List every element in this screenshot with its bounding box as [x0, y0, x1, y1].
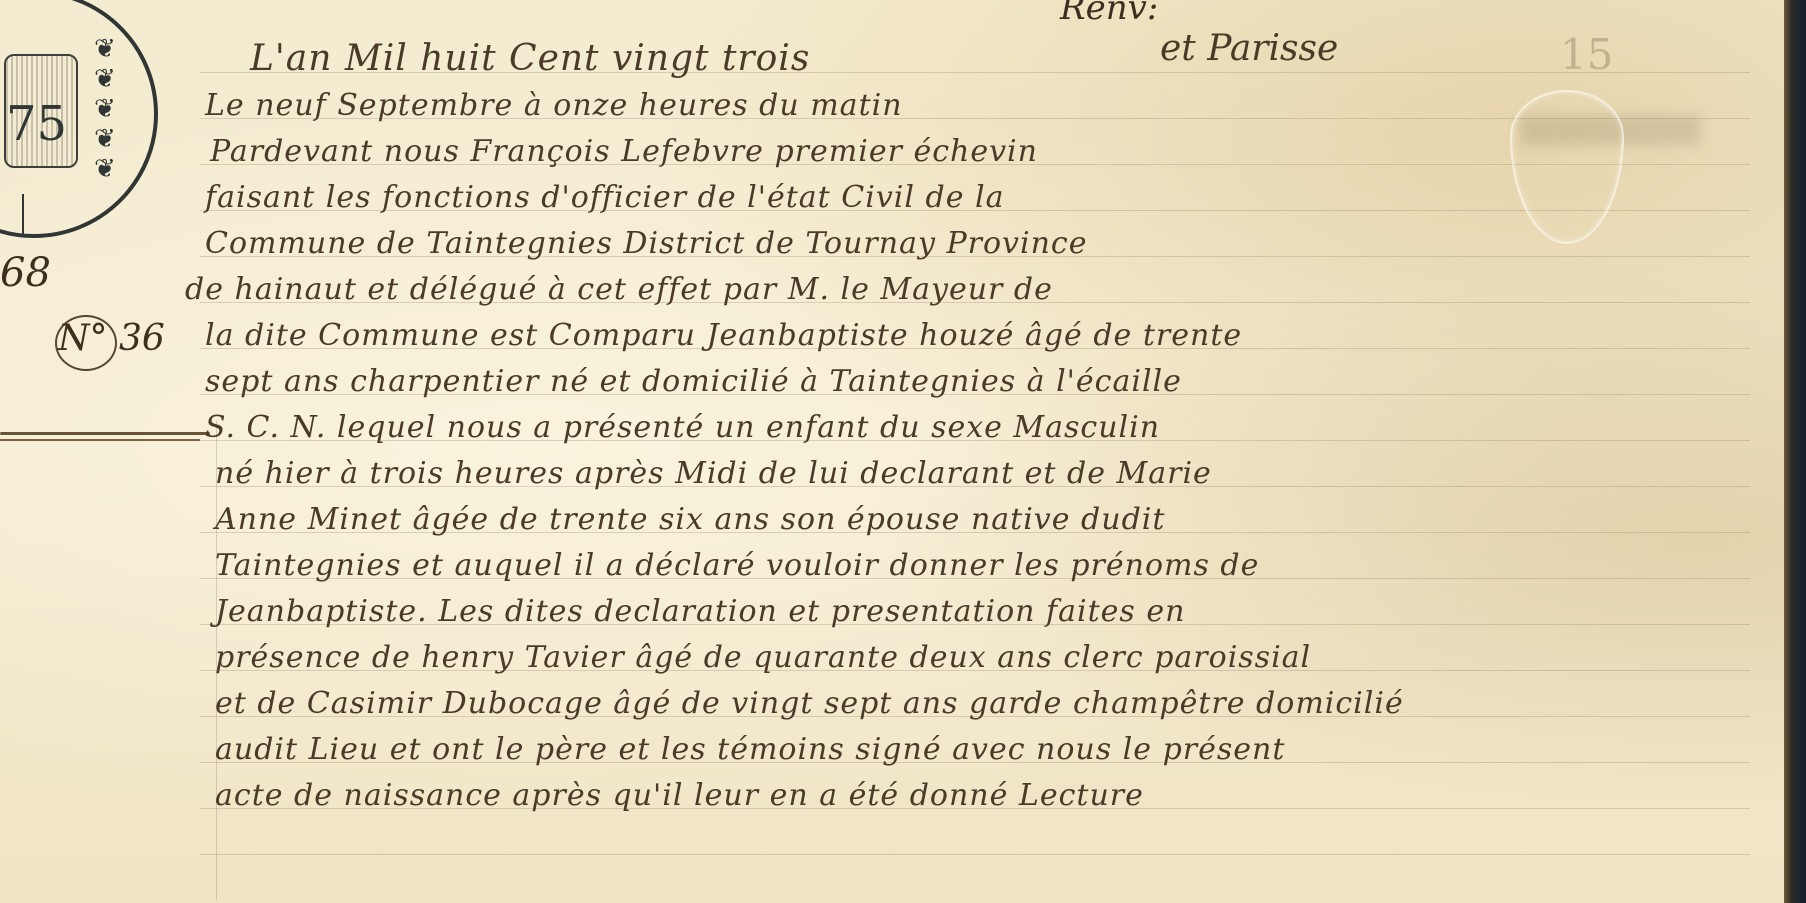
text-line: S. C. N. lequel nous a présenté un enfan… — [205, 410, 1160, 445]
watermark-number: 15 — [1560, 30, 1613, 79]
text-line: né hier à trois heures après Midi de lui… — [215, 456, 1212, 491]
book-binding-edge — [1784, 0, 1806, 903]
margin-separator-line — [0, 432, 210, 435]
text-line: Pardevant nous François Lefebvre premier… — [210, 134, 1038, 169]
text-line: Commune de Taintegnies District de Tourn… — [205, 226, 1087, 261]
register-page: 75 ❦❦❦❦❦ 15 68 N° 36 Renv: et Parisse L'… — [0, 0, 1790, 903]
text-line: sept ans charpentier né et domicilié à T… — [205, 364, 1182, 399]
oak-branch-icon: ❦❦❦❦❦ — [94, 34, 116, 184]
text-line: Le neuf Septembre à onze heures du matin — [205, 88, 903, 123]
shield-watermark-icon — [1510, 90, 1624, 244]
text-line: de hainaut et délégué à cet effet par M.… — [185, 272, 1053, 307]
text-line: faisant les fonctions d'officier de l'ét… — [205, 180, 1004, 215]
margin-separator-line — [0, 439, 200, 441]
text-line: Jeanbaptiste. Les dites declaration et p… — [215, 594, 1185, 629]
text-line: L'an Mil huit Cent vingt trois — [250, 38, 810, 79]
text-line: audit Lieu et ont le père et les témoins… — [215, 732, 1285, 767]
text-line: Anne Minet âgée de trente six ans son ép… — [215, 502, 1165, 537]
text-line: Taintegnies et auquel il a déclaré voulo… — [215, 548, 1259, 583]
text-line: présence de henry Tavier âgé de quarante… — [215, 640, 1311, 675]
margin-entry-number: N° 36 — [58, 318, 165, 359]
ruled-line — [200, 854, 1750, 855]
renvoi-annotation: Renv: — [1060, 0, 1158, 28]
stamp-cross-icon — [22, 194, 24, 234]
text-line: et de Casimir Dubocage âgé de vingt sept… — [215, 686, 1404, 721]
margin-page-number: 68 — [0, 250, 51, 296]
inserted-annotation: et Parisse — [1160, 28, 1338, 69]
tax-stamp: 75 ❦❦❦❦❦ — [0, 0, 158, 238]
stamp-number: 75 — [6, 96, 67, 152]
text-line: la dite Commune est Comparu Jeanbaptiste… — [205, 318, 1242, 353]
text-line: acte de naissance après qu'il leur en a … — [215, 778, 1144, 813]
